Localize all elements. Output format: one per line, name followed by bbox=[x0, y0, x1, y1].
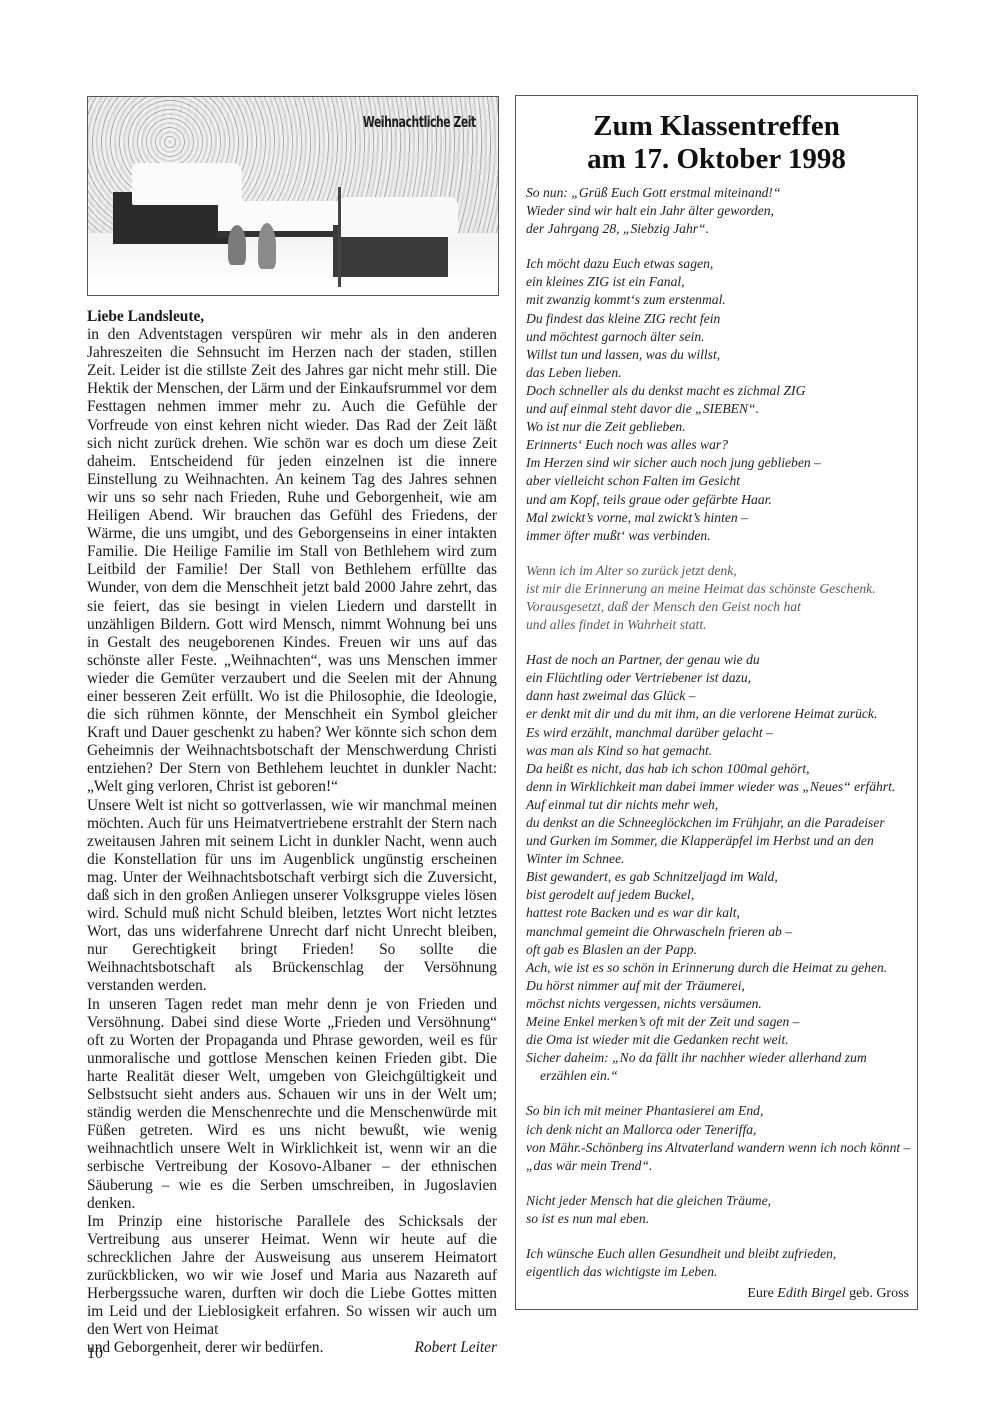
poem-line: dann hast zweimal das Glück – bbox=[526, 687, 916, 705]
title-line: Zum Klassentreffen bbox=[516, 110, 917, 143]
poem-line: Ich wünsche Euch allen Gesundheit und bl… bbox=[526, 1245, 916, 1263]
poem-line: Auf einmal tut dir nichts mehr weh, bbox=[526, 796, 916, 814]
poem-line: ist mir die Erinnerung an meine Heimat d… bbox=[526, 580, 916, 598]
poem-line: ein kleines ZIG ist ein Fanal, bbox=[526, 273, 916, 291]
poem-line: mit zwanzig kommt‘s zum erstenmal. bbox=[526, 291, 916, 309]
snowy-tree bbox=[228, 225, 246, 265]
poem-line: und möchtest garnoch älter sein. bbox=[526, 328, 916, 346]
poem-line: Nicht jeder Mensch hat die gleichen Träu… bbox=[526, 1192, 916, 1210]
box-title: Zum Klassentreffen am 17. Oktober 1998 bbox=[516, 110, 917, 176]
poem-line: und am Kopf, teils graue oder gefärbte H… bbox=[526, 491, 916, 509]
poem-line: So nun: „Grüß Euch Gott erstmal miteinan… bbox=[526, 184, 916, 202]
poem-line: Wenn ich im Alter so zurück jetzt denk, bbox=[526, 562, 916, 580]
poem-line: die Oma ist wieder mit die Gedanken rech… bbox=[526, 1031, 916, 1049]
poem-line: bist gerodelt auf jedem Buckel, bbox=[526, 886, 916, 904]
pole bbox=[338, 187, 341, 287]
poem-line: Vorausgesetzt, daß der Mensch den Geist … bbox=[526, 598, 916, 616]
poem-line: Wo ist nur die Zeit geblieben. bbox=[526, 418, 916, 436]
poem-line: der Jahrgang 28, „Siebzig Jahr“. bbox=[526, 220, 916, 238]
poem-line: von Mähr.-Schönberg ins Altvaterland wan… bbox=[526, 1139, 916, 1157]
signature-name: Edith Birgel bbox=[777, 1286, 845, 1301]
christmas-letter: Liebe Landsleute, in den Adventstagen ve… bbox=[87, 308, 497, 1357]
poem-line: Sicher daheim: „No da fällt ihr nachher … bbox=[526, 1049, 916, 1067]
letter-author: Robert Leiter bbox=[415, 1339, 498, 1357]
letter-greeting: Liebe Landsleute, bbox=[87, 308, 497, 326]
poem-stanza: Hast de noch an Partner, der genau wie d… bbox=[526, 651, 916, 1085]
poem-line: Hast de noch an Partner, der genau wie d… bbox=[526, 651, 916, 669]
poem-line: erzählen ein.“ bbox=[526, 1067, 916, 1085]
poem-line: das Leben lieben. bbox=[526, 364, 916, 382]
poem-stanza: Nicht jeder Mensch hat die gleichen Träu… bbox=[526, 1192, 916, 1228]
letter-paragraph: Unsere Welt ist nicht so gottverlassen, … bbox=[87, 797, 497, 996]
poem-stanza: So nun: „Grüß Euch Gott erstmal miteinan… bbox=[526, 184, 916, 238]
hut-left-roof bbox=[132, 163, 242, 205]
poem-line: Du findest das kleine ZIG recht fein bbox=[526, 310, 916, 328]
poem-line: ich denk nicht an Mallorca oder Teneriff… bbox=[526, 1121, 916, 1139]
poem-line: Im Herzen sind wir sicher auch noch jung… bbox=[526, 454, 916, 472]
poem-line: was man als Kind so hat gemacht. bbox=[526, 742, 916, 760]
poem-signature: Eure Edith Birgel geb. Gross bbox=[747, 1286, 909, 1302]
poem-line: Willst tun und lassen, was du willst, bbox=[526, 346, 916, 364]
poem-line: Du hörst nimmer auf mit der Träumerei, bbox=[526, 977, 916, 995]
poem-line: Wieder sind wir halt ein Jahr älter gewo… bbox=[526, 202, 916, 220]
poem-stanza: Wenn ich im Alter so zurück jetzt denk, … bbox=[526, 562, 916, 634]
letter-paragraph: in den Adventstagen verspüren wir mehr a… bbox=[87, 326, 497, 796]
poem-line: aber vielleicht schon Falten im Gesicht bbox=[526, 472, 916, 490]
poem-line: und auf einmal steht davor die „SIEBEN“. bbox=[526, 400, 916, 418]
poem-line: Mal zwickt’s vorne, mal zwickt’s hinten … bbox=[526, 509, 916, 527]
poem-stanza: So bin ich mit meiner Phantasierei am En… bbox=[526, 1102, 916, 1174]
letter-closing: und Geborgenheit, derer wir bedürfen. Ro… bbox=[87, 1339, 497, 1357]
poem-line: und Gurken im Sommer, die Klapperäpfel i… bbox=[526, 832, 916, 850]
closing-text: und Geborgenheit, derer wir bedürfen. bbox=[87, 1339, 323, 1357]
poem-line: möchst nichts vergessen, nichts versäume… bbox=[526, 995, 916, 1013]
poem: So nun: „Grüß Euch Gott erstmal miteinan… bbox=[526, 184, 916, 1298]
poem-line: Meine Enkel merken’s oft mit der Zeit un… bbox=[526, 1013, 916, 1031]
poem-line: Erinnerts‘ Euch noch was alles war? bbox=[526, 436, 916, 454]
poem-line: Winter im Schnee. bbox=[526, 850, 916, 868]
poem-line: eigentlich das wichtigste im Leben. bbox=[526, 1263, 916, 1281]
signature-suffix: geb. Gross bbox=[849, 1286, 909, 1301]
poem-line: So bin ich mit meiner Phantasierei am En… bbox=[526, 1102, 916, 1120]
poem-stanza: Ich wünsche Euch allen Gesundheit und bl… bbox=[526, 1245, 916, 1281]
poem-line: Ach, wie ist es so schön in Erinnerung d… bbox=[526, 959, 916, 977]
poem-line: er denkt mit dir und du mit ihm, an die … bbox=[526, 705, 916, 723]
page-number: 10 bbox=[87, 1345, 103, 1363]
hut-right-roof bbox=[338, 197, 458, 237]
poem-line: immer öfter mußt‘ was verbinden. bbox=[526, 527, 916, 545]
poem-line: oft gab es Blaslen an der Papp. bbox=[526, 941, 916, 959]
poem-line: Ich möcht dazu Euch etwas sagen, bbox=[526, 255, 916, 273]
poem-line: manchmal gemeint die Ohrwascheln frieren… bbox=[526, 923, 916, 941]
poem-line: hattest rote Backen und es war dir kalt, bbox=[526, 904, 916, 922]
title-line: am 17. Oktober 1998 bbox=[516, 143, 917, 176]
poem-line: Doch schneller als du denkst macht es zi… bbox=[526, 382, 916, 400]
poem-stanza: Ich möcht dazu Euch etwas sagen, ein kle… bbox=[526, 255, 916, 545]
photo-caption: Weihnachtliche Zeit bbox=[363, 113, 476, 131]
poem-line: so ist es nun mal eben. bbox=[526, 1210, 916, 1228]
poem-line: Es wird erzählt, manchmal darüber gelach… bbox=[526, 724, 916, 742]
article-photo: Weihnachtliche Zeit bbox=[87, 96, 499, 296]
letter-paragraph: Im Prinzip eine historische Parallele de… bbox=[87, 1213, 497, 1340]
poem-line: denn in Wirklichkeit man dabei immer wie… bbox=[526, 778, 916, 796]
poem-line: du denkst an die Schneeglöckchen im Früh… bbox=[526, 814, 916, 832]
poem-line: ein Flüchtling oder Vertriebener ist daz… bbox=[526, 669, 916, 687]
poem-line: und alles findet in Wahrheit statt. bbox=[526, 616, 916, 634]
class-reunion-box: Zum Klassentreffen am 17. Oktober 1998 S… bbox=[515, 95, 918, 1310]
letter-paragraph: In unseren Tagen redet man mehr denn je … bbox=[87, 996, 497, 1213]
poem-line: Bist gewandert, es gab Schnitzeljagd im … bbox=[526, 868, 916, 886]
signature-prefix: Eure bbox=[747, 1286, 773, 1301]
snowy-tree bbox=[258, 223, 276, 269]
poem-line: Da heißt es nicht, das hab ich schon 100… bbox=[526, 760, 916, 778]
poem-line: „das wär mein Trend“. bbox=[526, 1157, 916, 1175]
